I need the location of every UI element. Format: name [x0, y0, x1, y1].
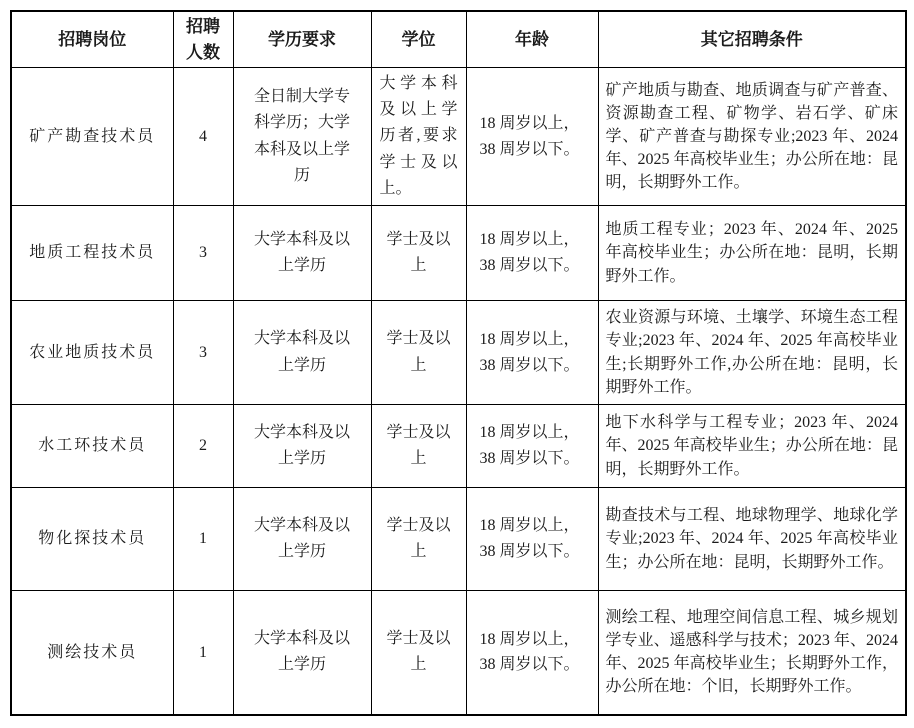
table-row: 农业地质技术员 3 大学本科及以上学历 学士及以上 18 周岁以上，38 周岁以… — [11, 301, 906, 405]
cell-age: 18 周岁以上，38 周岁以下。 — [466, 206, 598, 301]
table-row: 地质工程技术员 3 大学本科及以上学历 学士及以上 18 周岁以上，38 周岁以… — [11, 206, 906, 301]
cell-conditions: 农业资源与环境、土壤学、环境生态工程专业;2023 年、2024 年、2025 … — [598, 301, 906, 405]
cell-education: 大学本科及以上学历 — [233, 591, 371, 715]
header-degree: 学位 — [371, 11, 466, 68]
cell-position: 物化探技术员 — [11, 488, 173, 591]
cell-count: 4 — [173, 68, 233, 206]
cell-count: 1 — [173, 591, 233, 715]
cell-position: 农业地质技术员 — [11, 301, 173, 405]
cell-count: 3 — [173, 206, 233, 301]
cell-age: 18 周岁以上，38 周岁以下。 — [466, 405, 598, 488]
cell-count: 2 — [173, 405, 233, 488]
cell-degree: 学士及以上 — [371, 405, 466, 488]
header-other-conditions: 其它招聘条件 — [598, 11, 906, 68]
table-row: 矿产勘查技术员 4 全日制大学专科学历；大学本科及以上学历 大学本科及以上学历者… — [11, 68, 906, 206]
cell-degree: 学士及以上 — [371, 206, 466, 301]
header-age: 年龄 — [466, 11, 598, 68]
cell-position: 测绘技术员 — [11, 591, 173, 715]
table-row: 测绘技术员 1 大学本科及以上学历 学士及以上 18 周岁以上，38 周岁以下。… — [11, 591, 906, 715]
header-count: 招聘人数 — [173, 11, 233, 68]
cell-education: 大学本科及以上学历 — [233, 206, 371, 301]
cell-education: 大学本科及以上学历 — [233, 405, 371, 488]
recruitment-table: 招聘岗位 招聘人数 学历要求 学位 年龄 其它招聘条件 矿产勘查技术员 4 全日… — [10, 10, 907, 716]
cell-count: 1 — [173, 488, 233, 591]
cell-conditions: 地质工程专业；2023 年、2024 年、2025 年高校毕业生；办公所在地：昆… — [598, 206, 906, 301]
cell-position: 水工环技术员 — [11, 405, 173, 488]
header-education: 学历要求 — [233, 11, 371, 68]
cell-conditions: 地下水科学与工程专业；2023 年、2024 年、2025 年高校毕业生；办公所… — [598, 405, 906, 488]
cell-education: 大学本科及以上学历 — [233, 488, 371, 591]
table-row: 水工环技术员 2 大学本科及以上学历 学士及以上 18 周岁以上，38 周岁以下… — [11, 405, 906, 488]
document-page: 招聘岗位 招聘人数 学历要求 学位 年龄 其它招聘条件 矿产勘查技术员 4 全日… — [0, 0, 914, 728]
cell-age: 18 周岁以上，38 周岁以下。 — [466, 301, 598, 405]
cell-position: 矿产勘查技术员 — [11, 68, 173, 206]
header-row: 招聘岗位 招聘人数 学历要求 学位 年龄 其它招聘条件 — [11, 11, 906, 68]
table-row: 物化探技术员 1 大学本科及以上学历 学士及以上 18 周岁以上，38 周岁以下… — [11, 488, 906, 591]
cell-age: 18 周岁以上，38 周岁以下。 — [466, 591, 598, 715]
cell-degree: 学士及以上 — [371, 591, 466, 715]
cell-education: 全日制大学专科学历；大学本科及以上学历 — [233, 68, 371, 206]
cell-position: 地质工程技术员 — [11, 206, 173, 301]
cell-age: 18 周岁以上，38 周岁以下。 — [466, 488, 598, 591]
cell-conditions: 矿产地质与勘查、地质调查与矿产普查、资源勘查工程、矿物学、岩石学、矿床学、矿产普… — [598, 68, 906, 206]
cell-conditions: 勘查技术与工程、地球物理学、地球化学专业;2023 年、2024 年、2025 … — [598, 488, 906, 591]
cell-degree: 大学本科及以上学历者,要求学士及以上。 — [371, 68, 466, 206]
cell-education: 大学本科及以上学历 — [233, 301, 371, 405]
cell-degree: 学士及以上 — [371, 301, 466, 405]
cell-conditions: 测绘工程、地理空间信息工程、城乡规划学专业、遥感科学与技术；2023 年、202… — [598, 591, 906, 715]
cell-age: 18 周岁以上，38 周岁以下。 — [466, 68, 598, 206]
header-position: 招聘岗位 — [11, 11, 173, 68]
cell-degree: 学士及以上 — [371, 488, 466, 591]
cell-count: 3 — [173, 301, 233, 405]
